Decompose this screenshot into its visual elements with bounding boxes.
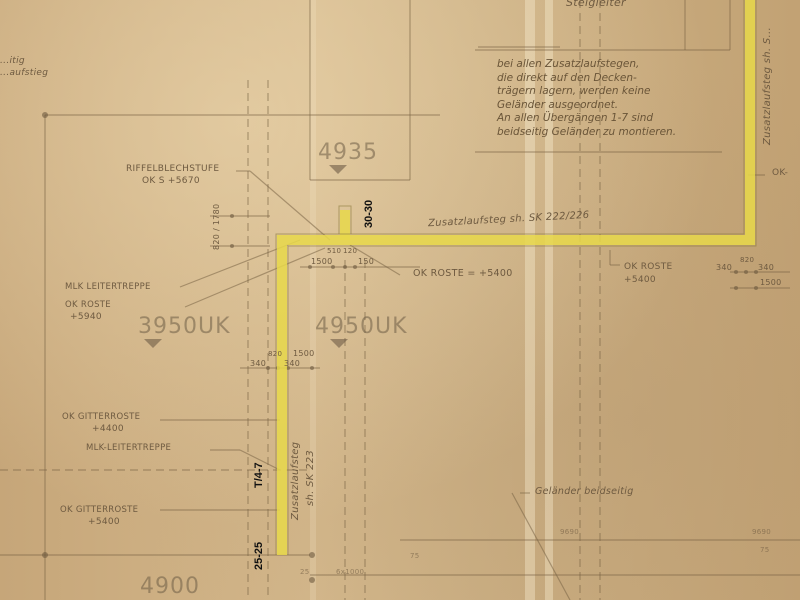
label-zusatzlaufsteg-right: Zusatzlaufsteg sh. S...: [762, 27, 773, 145]
level-marker-icon: [330, 339, 348, 348]
note-line: trägern lagern, werden keine: [497, 85, 727, 99]
section-mark-t4-7: T/4-7: [253, 462, 265, 488]
label-fragment: ...itig: [0, 56, 25, 66]
level-stamp-4900: 4900: [140, 574, 200, 599]
dim-bottom: 6x1000: [336, 568, 364, 576]
label-steigleiter: Steigleiter: [566, 0, 626, 9]
label-mlk-leitertreppe-lower: MLK-LEITERTREPPE: [86, 443, 171, 453]
general-note: bei allen Zusatzlaufstegen, die direkt a…: [497, 58, 727, 139]
label-gelaender-beidseitig: Geländer beidseitig: [535, 486, 634, 497]
dim-150: 150: [358, 257, 374, 266]
dim-820-1780: 820 / 1780: [212, 204, 221, 250]
dim-1500: 1500: [293, 349, 315, 358]
section-mark-25-25: 25-25: [253, 542, 265, 570]
label-zusatzlaufsteg-vertical: Zusatzlaufsteg: [290, 442, 301, 520]
note-line: die direkt auf den Decken-: [497, 72, 727, 86]
label-riffelblech-level: OK S +5670: [142, 176, 200, 186]
dim-bottom: 75: [410, 552, 420, 560]
level-marker-icon: [144, 339, 162, 348]
label-mlk-leitertreppe: MLK LEITERTREPPE: [65, 282, 151, 292]
dim-bottom: 75: [760, 546, 770, 554]
label-riffelblechstufe: RIFFELBLECHSTUFE: [126, 164, 219, 174]
dim-510: 510: [327, 247, 341, 255]
label-ok-edge: OK-: [772, 168, 788, 178]
dim-820: 820: [268, 350, 282, 358]
dim-340: 340: [758, 263, 774, 272]
dim-bottom: 9690: [752, 528, 771, 536]
dim-1500: 1500: [760, 278, 782, 287]
label-ok-roste: OK ROSTE: [65, 300, 111, 310]
label-ok-roste-center: OK ROSTE = +5400: [413, 268, 513, 279]
dim-820: 820: [740, 256, 754, 264]
dim-340: 340: [284, 359, 300, 368]
dim-120: 120: [343, 247, 357, 255]
note-line: An allen Übergängen 1-7 sind: [497, 112, 727, 126]
level-stamp-3950uk: 3950UK: [138, 314, 231, 339]
label-ok-gitterroste-level: +4400: [92, 424, 124, 434]
level-marker-icon: [329, 165, 347, 174]
label-ok-roste-right: OK ROSTE: [624, 262, 672, 272]
level-stamp-4950uk: 4950UK: [315, 314, 408, 339]
note-line: beidseitig Geländer zu montieren.: [497, 126, 727, 140]
dim-bottom: 9690: [560, 528, 579, 536]
label-ok-gitterroste: OK GITTERROSTE: [62, 412, 140, 422]
dim-1500: 1500: [311, 257, 333, 266]
dim-bottom: 25: [300, 568, 310, 576]
label-ok-gitterroste-lower-level: +5400: [88, 517, 120, 527]
label-ok-roste-right-level: +5400: [624, 275, 656, 285]
dim-340: 340: [716, 263, 732, 272]
label-fragment: ...aufstieg: [0, 68, 48, 78]
note-line: bei allen Zusatzlaufstegen,: [497, 58, 727, 72]
level-stamp-4935: 4935: [318, 140, 378, 165]
section-mark-30-30: 30-30: [363, 200, 375, 228]
note-line: Geländer ausgeordnet.: [497, 99, 727, 113]
label-ok-roste-level: +5940: [70, 312, 102, 322]
label-zusatzlaufsteg-ref: sh. SK 223: [305, 450, 316, 506]
dim-340: 340: [250, 359, 266, 368]
label-ok-gitterroste-lower: OK GITTERROSTE: [60, 505, 138, 515]
